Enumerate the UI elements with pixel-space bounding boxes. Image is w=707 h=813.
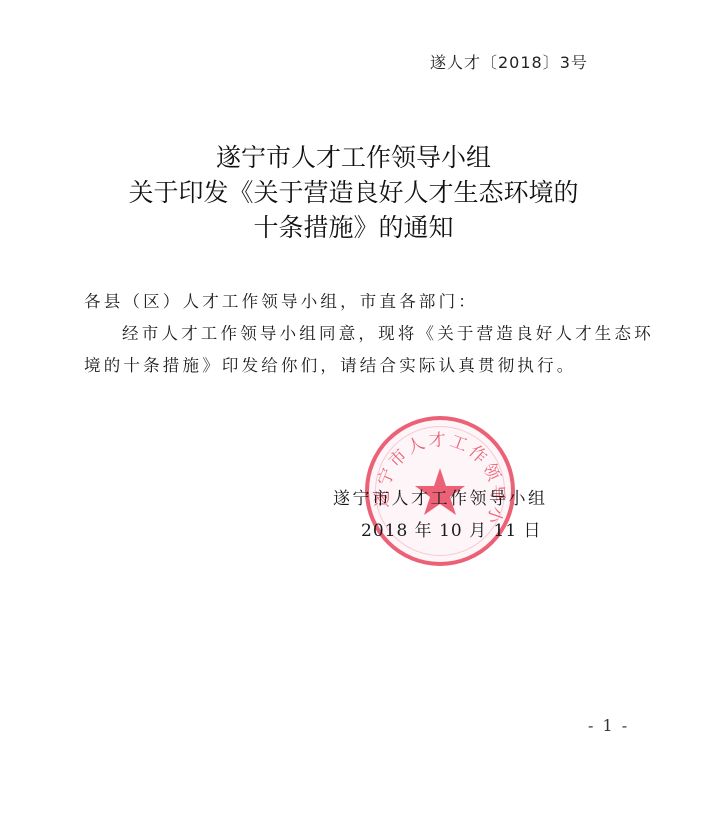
salutation: 各县（区）人才工作领导小组，市直各部门： [84, 286, 636, 318]
paragraph-line-2: 境的十条措施》印发给你们，请结合实际认真贯彻执行。 [84, 350, 636, 382]
document-title: 遂宁市人才工作领导小组 关于印发《关于营造良好人才生态环境的 十条措施》的通知 [0, 140, 707, 245]
paragraph-line-1: 经市人才工作领导小组同意，现将《关于营造良好人才生态环 [84, 318, 636, 350]
issue-date: 2018 年 10 月 11 日 [361, 516, 542, 541]
title-line-1: 遂宁市人才工作领导小组 [0, 140, 707, 175]
title-line-2: 关于印发《关于营造良好人才生态环境的 [0, 175, 707, 210]
document-number: 遂人才〔2018〕3号 [430, 50, 588, 73]
title-line-3: 十条措施》的通知 [0, 210, 707, 245]
issuer-signature: 遂宁市人才工作领导小组 [333, 484, 548, 509]
page-number: - 1 - [588, 716, 629, 735]
document-body: 各县（区）人才工作领导小组，市直各部门： 经市人才工作领导小组同意，现将《关于营… [84, 286, 636, 382]
